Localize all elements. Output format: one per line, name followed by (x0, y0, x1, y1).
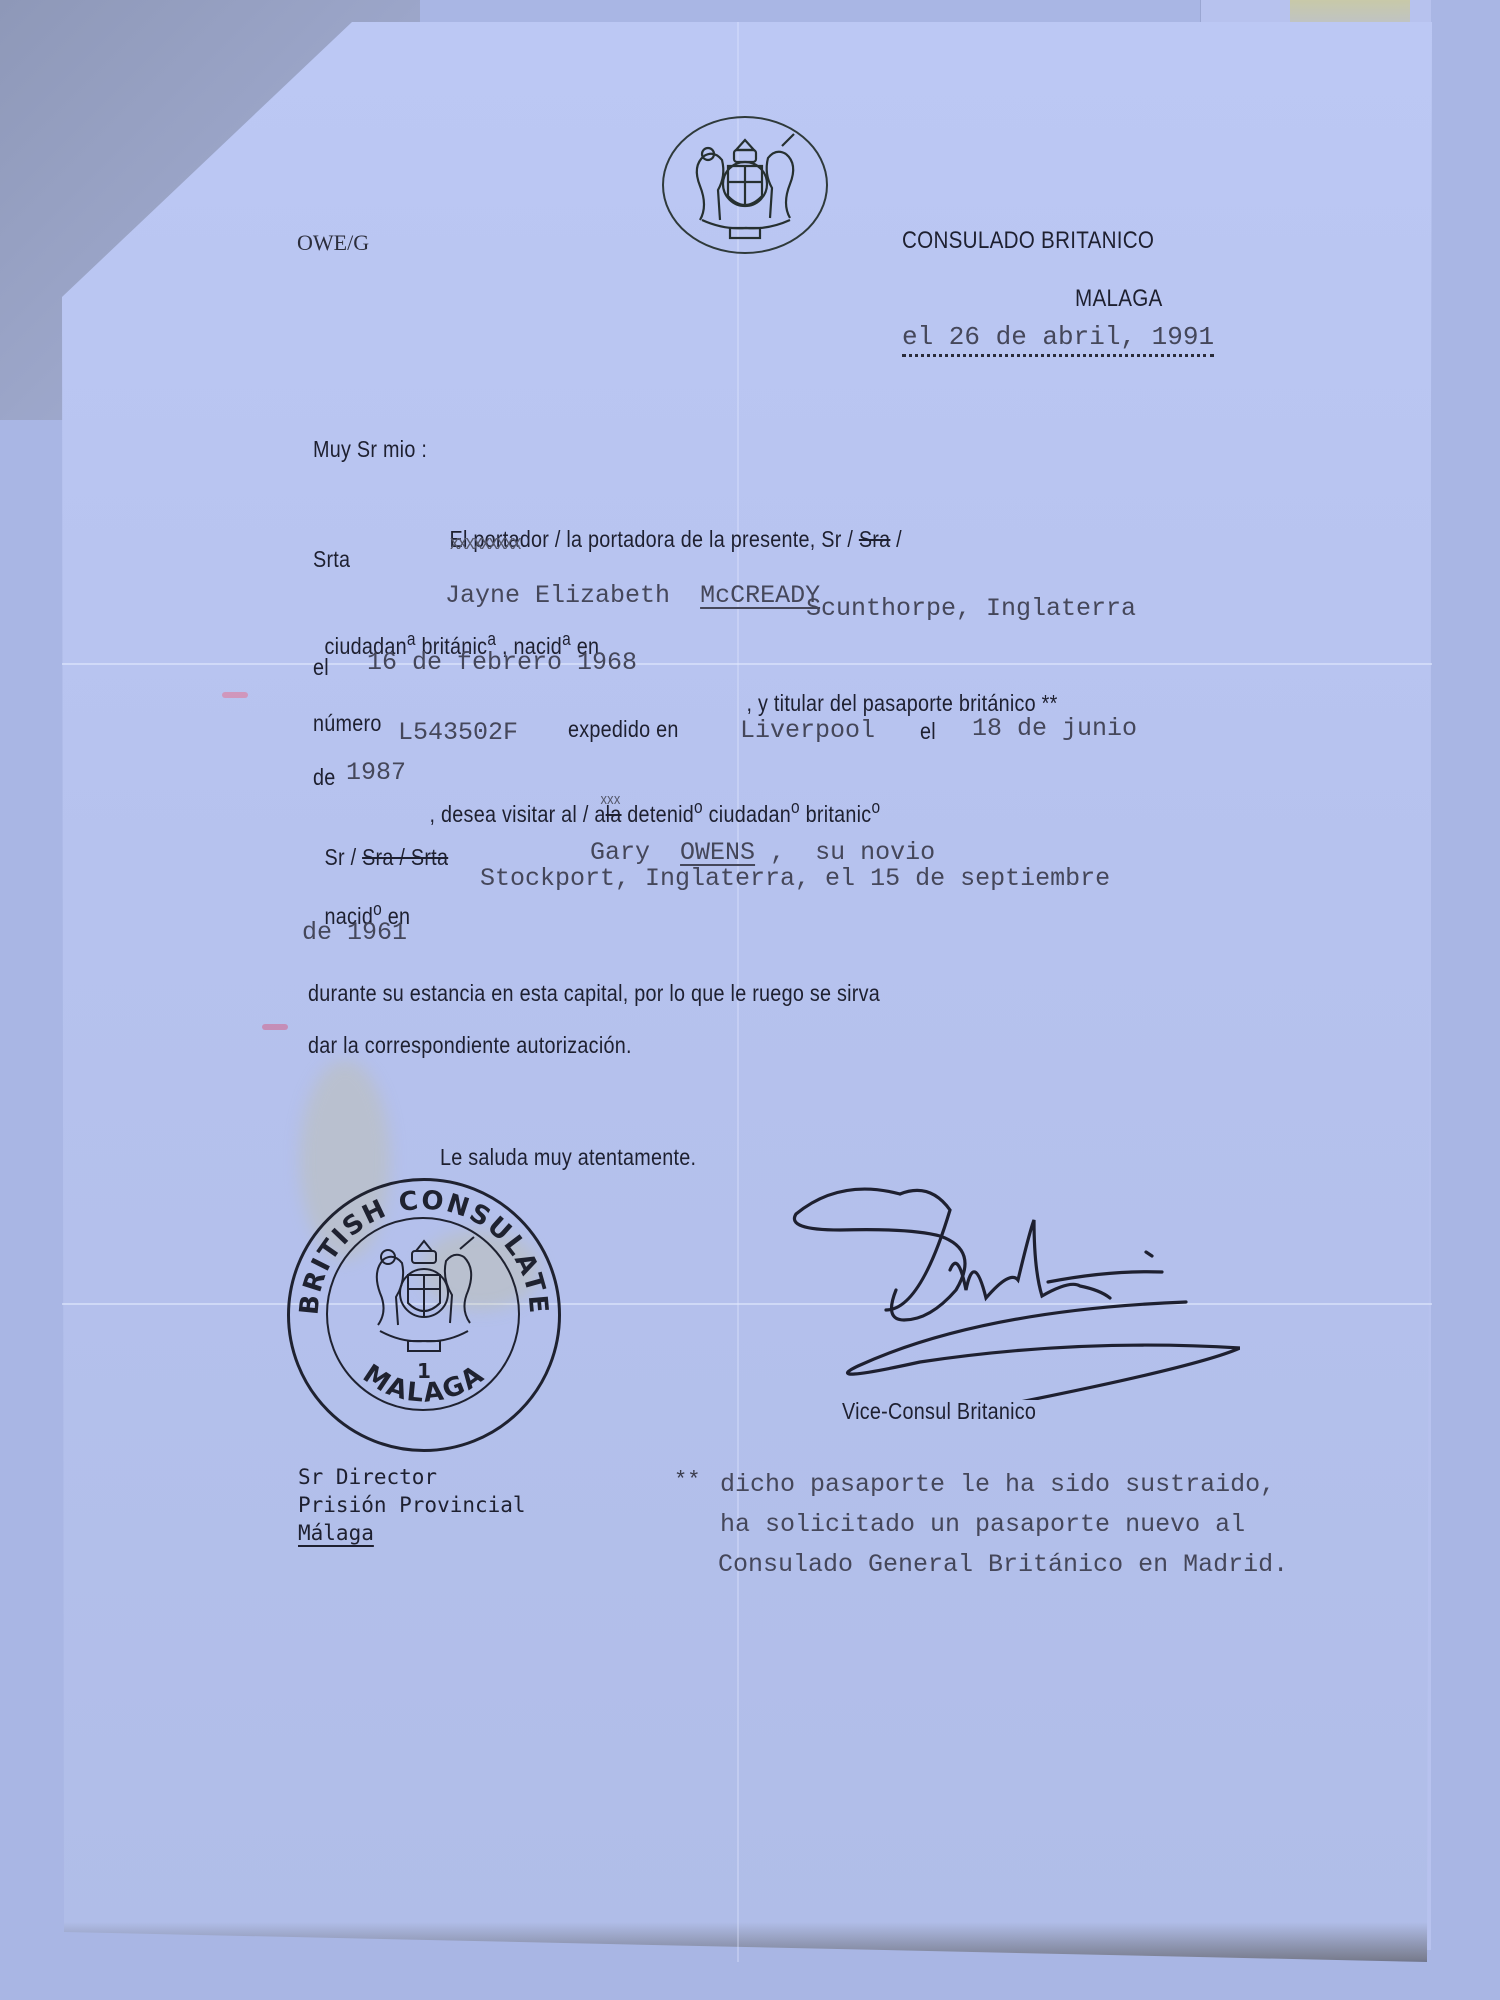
letter-date: el 26 de abril, 1991 (902, 324, 1214, 357)
closing: Le saluda muy atentamente. (440, 1144, 696, 1170)
detainee-name: Gary OWENS , su novio (560, 814, 935, 866)
body-line-10: durante su estancia en esta capital, por… (308, 980, 880, 1006)
footnote-mark: ** (674, 1468, 700, 1494)
pen-mark (262, 1024, 288, 1030)
pen-mark (222, 692, 248, 698)
body-line-11: dar la correspondiente autorización. (308, 1032, 632, 1058)
addressee-line-2: Prisión Provincial (298, 1492, 526, 1518)
struck-text: Sra (859, 526, 891, 552)
body-text: el (920, 718, 936, 744)
salutation: Muy Sr mio : (313, 436, 427, 462)
office-city: MALAGA (1075, 286, 1163, 312)
body-line-4: , y titular del pasaporte británico ** (735, 664, 1058, 716)
bearer-birthplace: Scunthorpe, Inglaterra (806, 596, 1136, 622)
title-srta: Srta (313, 546, 350, 572)
handwritten-signature (780, 1170, 1240, 1400)
detainee-birth-year: de 1961 (302, 920, 407, 946)
footnote-line-3: Consulado General Británico en Madrid. (718, 1552, 1288, 1578)
struck-text: El portador (450, 526, 550, 552)
bearer-surname: McCREADY (700, 581, 820, 610)
body-line-1: El portador / la portadora de la present… (438, 500, 902, 552)
detainee-birth-info: Stockport, Inglaterra, el 15 de septiemb… (480, 866, 1110, 892)
addressee-line-3: Málaga (298, 1520, 374, 1546)
reference-code: OWE/G (297, 230, 369, 256)
bearer-birth-date: 16 de febrero 1968 (367, 650, 637, 676)
seal-number: 1 (290, 1359, 558, 1383)
body-text: de (313, 764, 336, 790)
body-text: número (313, 710, 382, 736)
relationship: su novio (815, 838, 935, 867)
body-line-7: Sr / Sra / Srta (313, 818, 448, 870)
footnote-line-1: dicho pasaporte le ha sido sustraido, (720, 1472, 1275, 1498)
body-text: expedido en (568, 716, 679, 742)
consulate-seal: BRITISH CONSULATE MALAGA 1 (287, 1178, 561, 1452)
detainee-surname: OWENS (680, 838, 755, 867)
passport-issue-year: 1987 (346, 760, 406, 786)
signatory-title: Vice-Consul Britanico (842, 1398, 1036, 1424)
struck-text: Sra / Srta (362, 844, 448, 870)
royal-coat-of-arms-icon (662, 116, 828, 254)
addressee-line-1: Sr Director (298, 1464, 437, 1490)
body-text: el (313, 654, 329, 680)
office-name: CONSULADO BRITANICO (902, 228, 1154, 254)
passport-issue-date: 18 de junio (972, 716, 1137, 742)
footnote-mark: ** (1042, 690, 1058, 716)
passport-number: L543502F (398, 720, 518, 746)
passport-issue-place: Liverpool (740, 718, 875, 744)
footnote-line-2: ha solicitado un pasaporte nuevo al (720, 1512, 1245, 1538)
